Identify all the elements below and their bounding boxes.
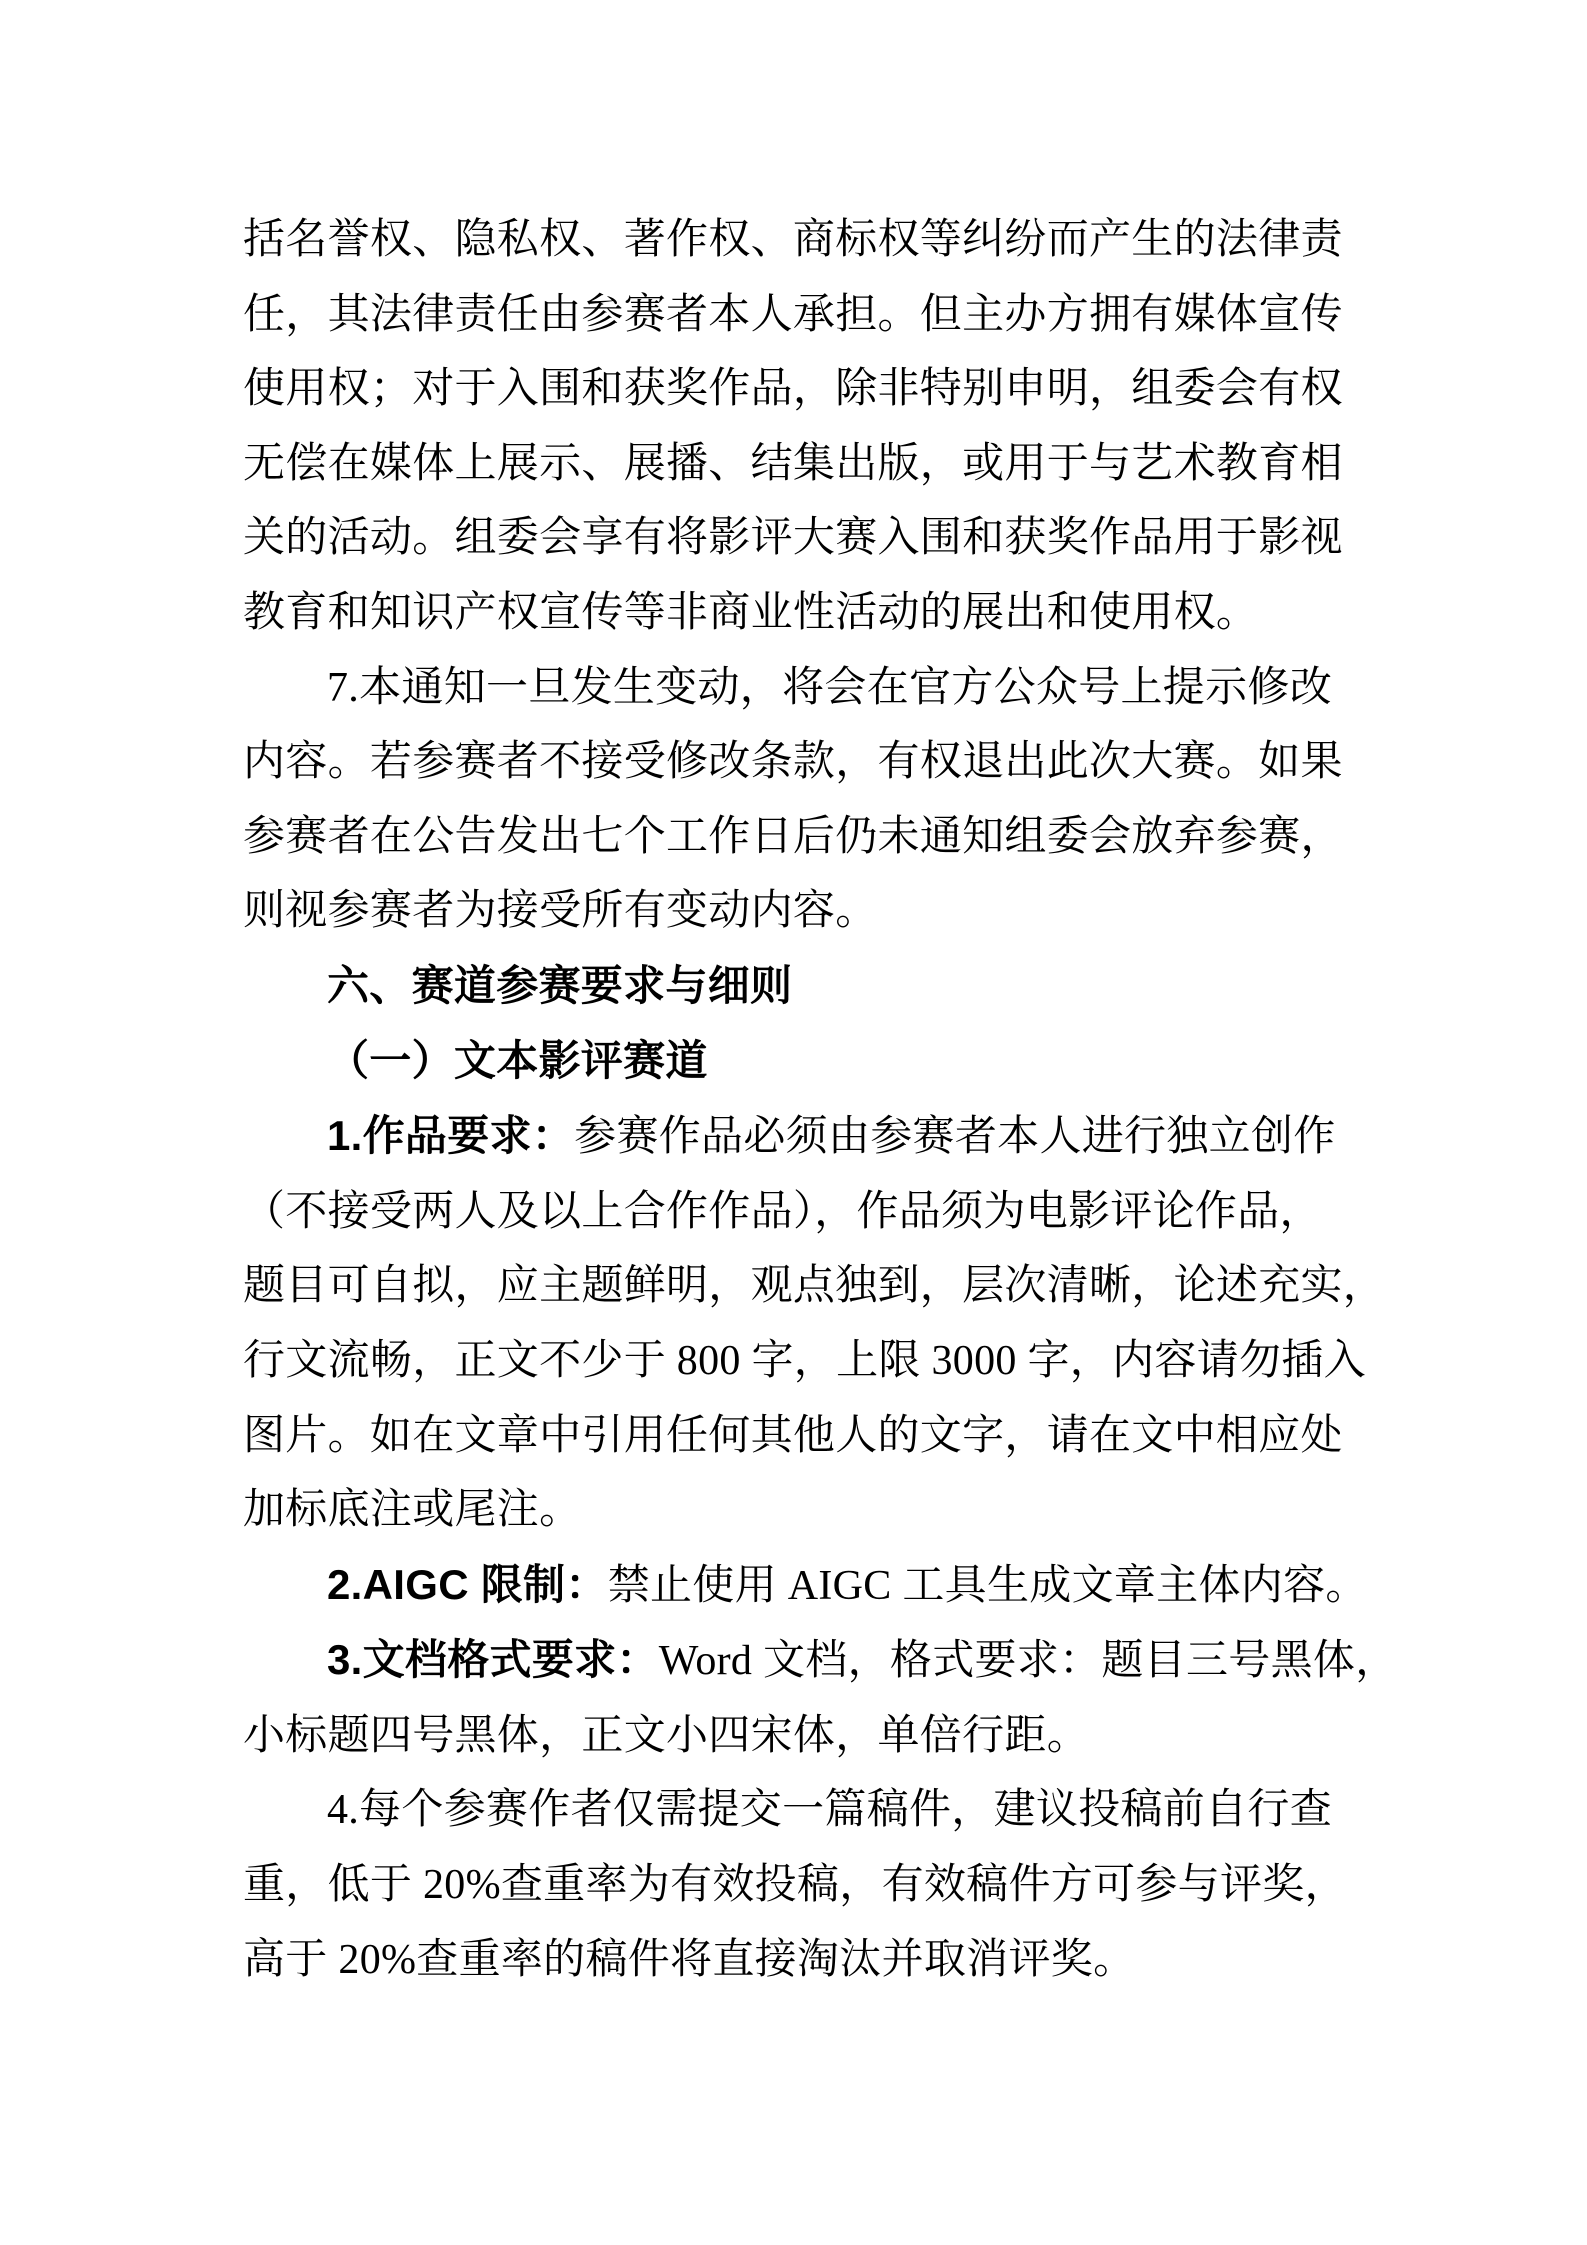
text-line: 重，低于 20%查重率为有效投稿，有效稿件方可参与评奖， <box>243 1848 1347 1923</box>
text-segment: 任，其法律责任由参赛者本人承担。但主办方拥有媒体宣传 <box>243 292 1343 338</box>
text-line: 题目可自拟，应主题鲜明，观点独到，层次清晰，论述充实， <box>243 1249 1347 1324</box>
text-segment: 教育和知识产权宣传等非商业性活动的展出和使用权。 <box>243 590 1258 636</box>
text-segment: 小标题四号黑体，正文小四宋体，单倍行距。 <box>243 1713 1089 1759</box>
text-line: 任，其法律责任由参赛者本人承担。但主办方拥有媒体宣传 <box>243 278 1347 353</box>
text-segment: 加标底注或尾注。 <box>243 1487 581 1533</box>
text-line: 图片。如在文章中引用任何其他人的文字，请在文中相应处 <box>243 1399 1347 1474</box>
text-segment: 图片。如在文章中引用任何其他人的文字，请在文中相应处 <box>243 1413 1343 1459</box>
text-line: 参赛者在公告发出七个工作日后仍未通知组委会放弃参赛， <box>243 800 1347 875</box>
text-line: 1.作品要求：参赛作品必须由参赛者本人进行独立创作 <box>243 1099 1347 1175</box>
text-segment: 禁止使用 AIGC 工具生成文章主体内容。 <box>608 1563 1368 1609</box>
text-line: 4.每个参赛作者仅需提交一篇稿件，建议投稿前自行查 <box>243 1773 1347 1848</box>
text-segment: 无偿在媒体上展示、展播、结集出版，或用于与艺术教育相 <box>243 441 1343 487</box>
text-segment: 则视参赛者为接受所有变动内容。 <box>243 888 878 934</box>
text-line: （不接受两人及以上合作作品），作品须为电影评论作品， <box>243 1175 1347 1250</box>
text-segment: 重，低于 20%查重率为有效投稿，有效稿件方可参与评奖， <box>243 1862 1347 1908</box>
text-line: 7.本通知一旦发生变动，将会在官方公众号上提示修改 <box>243 651 1347 726</box>
text-segment: 行文流畅，正文不少于 800 字，上限 3000 字，内容请勿插入 <box>243 1338 1366 1384</box>
text-line: 关的活动。组委会享有将影评大赛入围和获奖作品用于影视 <box>243 501 1347 576</box>
text-segment: 参赛作品必须由参赛者本人进行独立创作 <box>574 1114 1335 1160</box>
text-segment: 括名誉权、隐私权、著作权、商标权等纠纷而产生的法律责 <box>243 217 1343 263</box>
text-segment: 7.本通知一旦发生变动，将会在官方公众号上提示修改 <box>327 665 1332 711</box>
text-segment: 2.AIGC 限制： <box>327 1561 608 1608</box>
text-line: 则视参赛者为接受所有变动内容。 <box>243 874 1347 949</box>
text-segment: 1.作品要求： <box>327 1112 574 1159</box>
text-line: 使用权；对于入围和获奖作品，除非特别申明，组委会有权 <box>243 352 1347 427</box>
text-segment: 六、赛道参赛要求与细则 <box>327 962 792 1009</box>
text-segment: 题目可自拟，应主题鲜明，观点独到，层次清晰，论述充实， <box>243 1263 1385 1309</box>
text-line: 2.AIGC 限制：禁止使用 AIGC 工具生成文章主体内容。 <box>243 1548 1347 1624</box>
text-line: 内容。若参赛者不接受修改条款，有权退出此次大赛。如果 <box>243 725 1347 800</box>
text-segment: 关的活动。组委会享有将影评大赛入围和获奖作品用于影视 <box>243 515 1343 561</box>
text-segment: 内容。若参赛者不接受修改条款，有权退出此次大赛。如果 <box>243 739 1343 785</box>
text-line: （一）文本影评赛道 <box>243 1025 1347 1100</box>
text-segment: （一）文本影评赛道 <box>327 1039 708 1085</box>
text-line: 高于 20%查重率的稿件将直接淘汰并取消评奖。 <box>243 1923 1347 1998</box>
text-line: 3.文档格式要求：Word 文档，格式要求：题目三号黑体， <box>243 1623 1347 1699</box>
document-text-block: 括名誉权、隐私权、著作权、商标权等纠纷而产生的法律责任，其法律责任由参赛者本人承… <box>243 203 1347 1997</box>
text-line: 小标题四号黑体，正文小四宋体，单倍行距。 <box>243 1699 1347 1774</box>
text-line: 加标底注或尾注。 <box>243 1473 1347 1548</box>
text-line: 行文流畅，正文不少于 800 字，上限 3000 字，内容请勿插入 <box>243 1324 1347 1399</box>
text-segment: 4.每个参赛作者仅需提交一篇稿件，建议投稿前自行查 <box>327 1787 1332 1833</box>
text-segment: 高于 20%查重率的稿件将直接淘汰并取消评奖。 <box>243 1937 1135 1983</box>
text-line: 六、赛道参赛要求与细则 <box>243 949 1347 1025</box>
document-page: 括名誉权、隐私权、著作权、商标权等纠纷而产生的法律责任，其法律责任由参赛者本人承… <box>0 0 1587 2245</box>
text-segment: 3.文档格式要求： <box>327 1636 659 1683</box>
text-segment: （不接受两人及以上合作作品），作品须为电影评论作品， <box>243 1189 1322 1235</box>
text-line: 括名誉权、隐私权、著作权、商标权等纠纷而产生的法律责 <box>243 203 1347 278</box>
text-segment: Word 文档，格式要求：题目三号黑体， <box>659 1638 1398 1684</box>
text-segment: 使用权；对于入围和获奖作品，除非特别申明，组委会有权 <box>243 366 1343 412</box>
text-line: 教育和知识产权宣传等非商业性活动的展出和使用权。 <box>243 576 1347 651</box>
text-segment: 参赛者在公告发出七个工作日后仍未通知组委会放弃参赛， <box>243 814 1343 860</box>
text-line: 无偿在媒体上展示、展播、结集出版，或用于与艺术教育相 <box>243 427 1347 502</box>
